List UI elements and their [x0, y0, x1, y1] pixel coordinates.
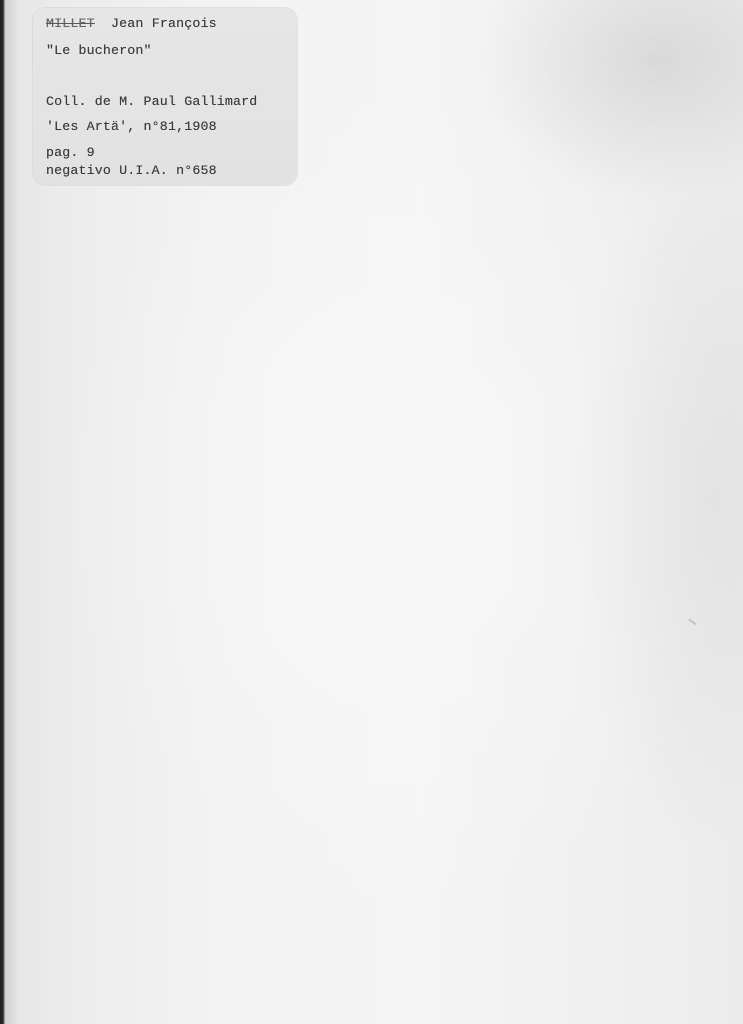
- publication-line: 'Les Artä', n°81,1908: [46, 119, 217, 134]
- artwork-title: "Le bucheron": [46, 43, 152, 58]
- paper-speck: [688, 619, 697, 626]
- artist-spacer: [95, 16, 111, 31]
- artist-surname: MILLET: [46, 16, 95, 31]
- catalog-label: MILLET Jean François "Le bucheron" Coll.…: [33, 8, 297, 185]
- artist-line: MILLET Jean François: [46, 16, 217, 31]
- scanner-edge-shadow: [5, 0, 19, 1024]
- artist-given-names: Jean François: [111, 16, 217, 31]
- negative-number-line: negativo U.I.A. n°658: [46, 163, 217, 178]
- page-line: pag. 9: [46, 145, 95, 160]
- collection-line: Coll. de M. Paul Gallimard: [46, 94, 257, 109]
